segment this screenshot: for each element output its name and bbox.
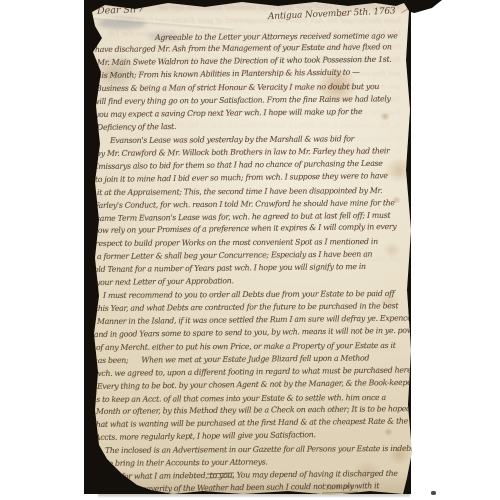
letter-line: is to keep an Acct. of all that comes in… [94,393,386,403]
letter-line: Evanson's Lease was sold yesterday by th… [110,135,354,145]
photo-backdrop-speck [431,491,436,495]
letter-line: of any Mercht. either to put his own Pri… [96,342,396,352]
letter-line: it at the Appraisement; This, the second… [97,187,382,197]
red-ink-mark [414,12,427,23]
letter-line: Deficiency of the last. [97,123,176,132]
letter-line: to, to bring in their Accounts to your A… [94,459,268,468]
letter-paper: Agreeable to the Letter your Attorneys r… [0,0,500,500]
turn-over-note: Turn over [325,483,358,491]
letter-photograph: Agreeable to the Letter your Attorneys r… [0,0,500,500]
photo-bottom-shadow [98,494,410,498]
letter-line: Agreeable to the Letter your Attorneys r… [155,32,398,41]
